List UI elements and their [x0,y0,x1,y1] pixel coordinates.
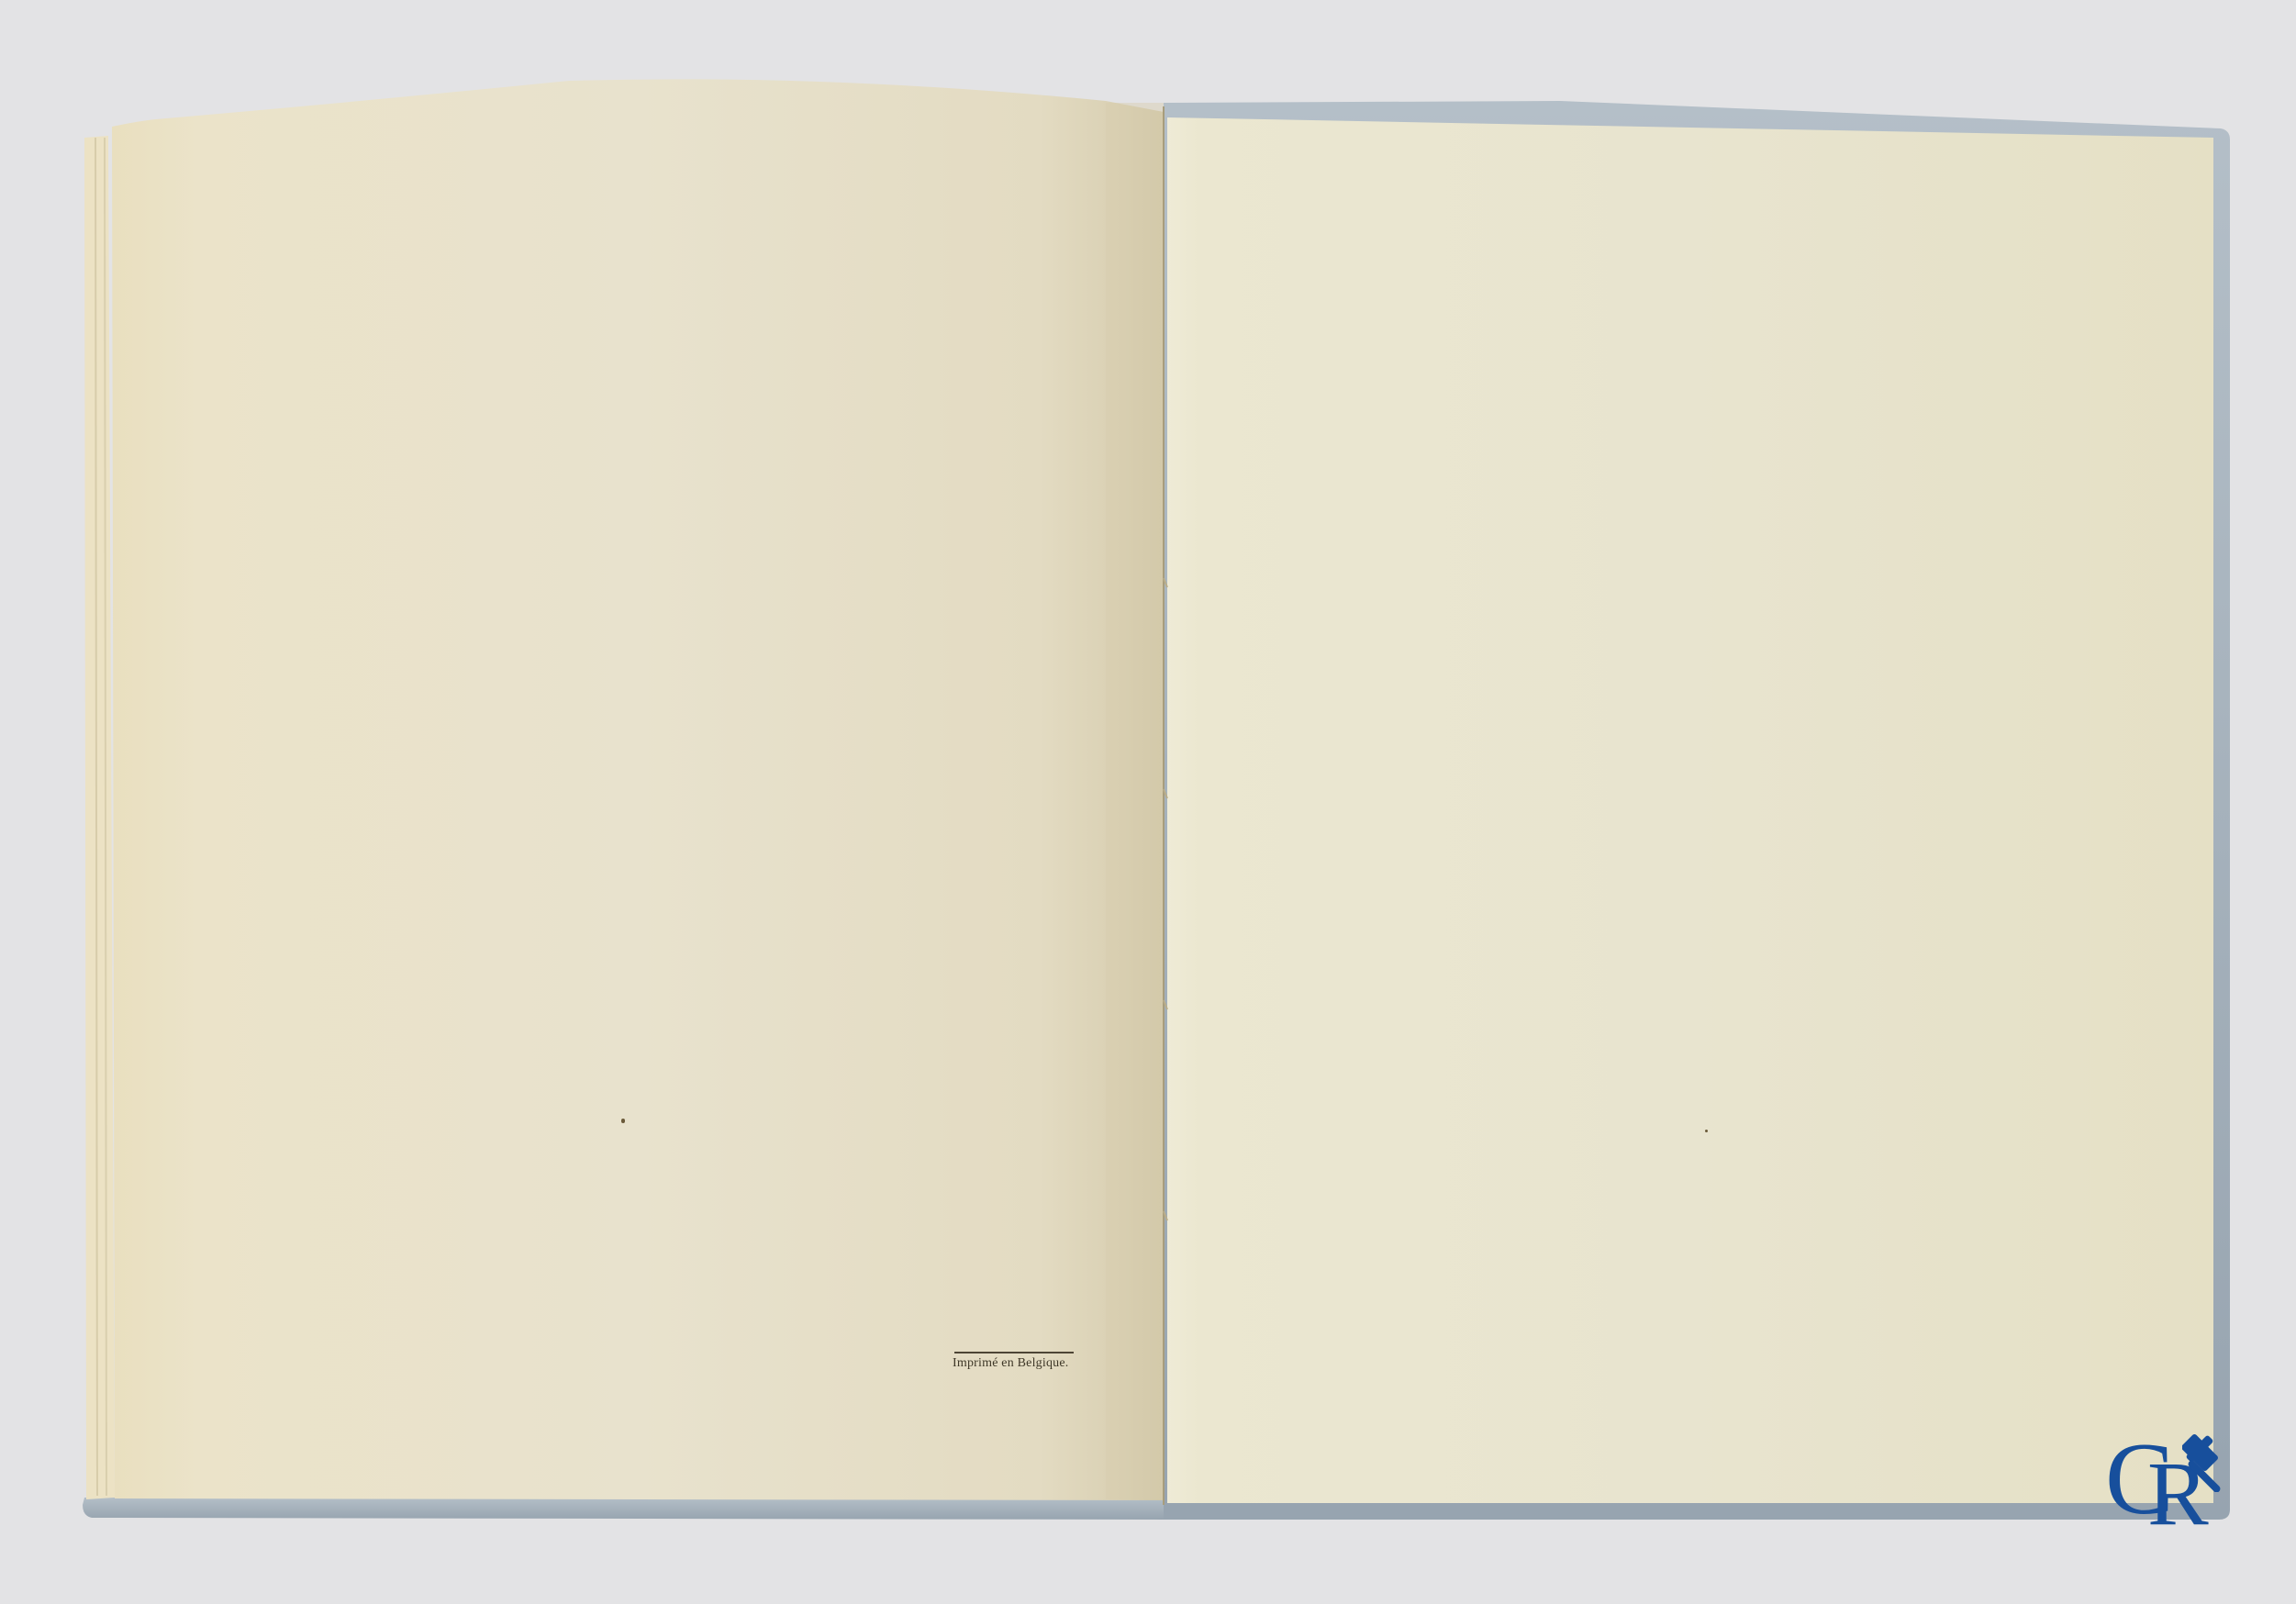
open-book [0,0,2296,1604]
paper-speck [1705,1130,1708,1132]
paper-speck [621,1119,625,1123]
imprint-rule [954,1352,1074,1353]
left-page [112,79,1165,1500]
book-photo: Imprimé en Belgique. C R [0,0,2296,1604]
left-cover-edge [83,1498,1167,1520]
imprint-text: Imprimé en Belgique. [953,1356,1068,1371]
right-page [1167,117,2213,1503]
watermark-logo: C R [2101,1428,2257,1543]
left-page-edges [84,136,115,1499]
gavel-icon [2182,1428,2256,1492]
